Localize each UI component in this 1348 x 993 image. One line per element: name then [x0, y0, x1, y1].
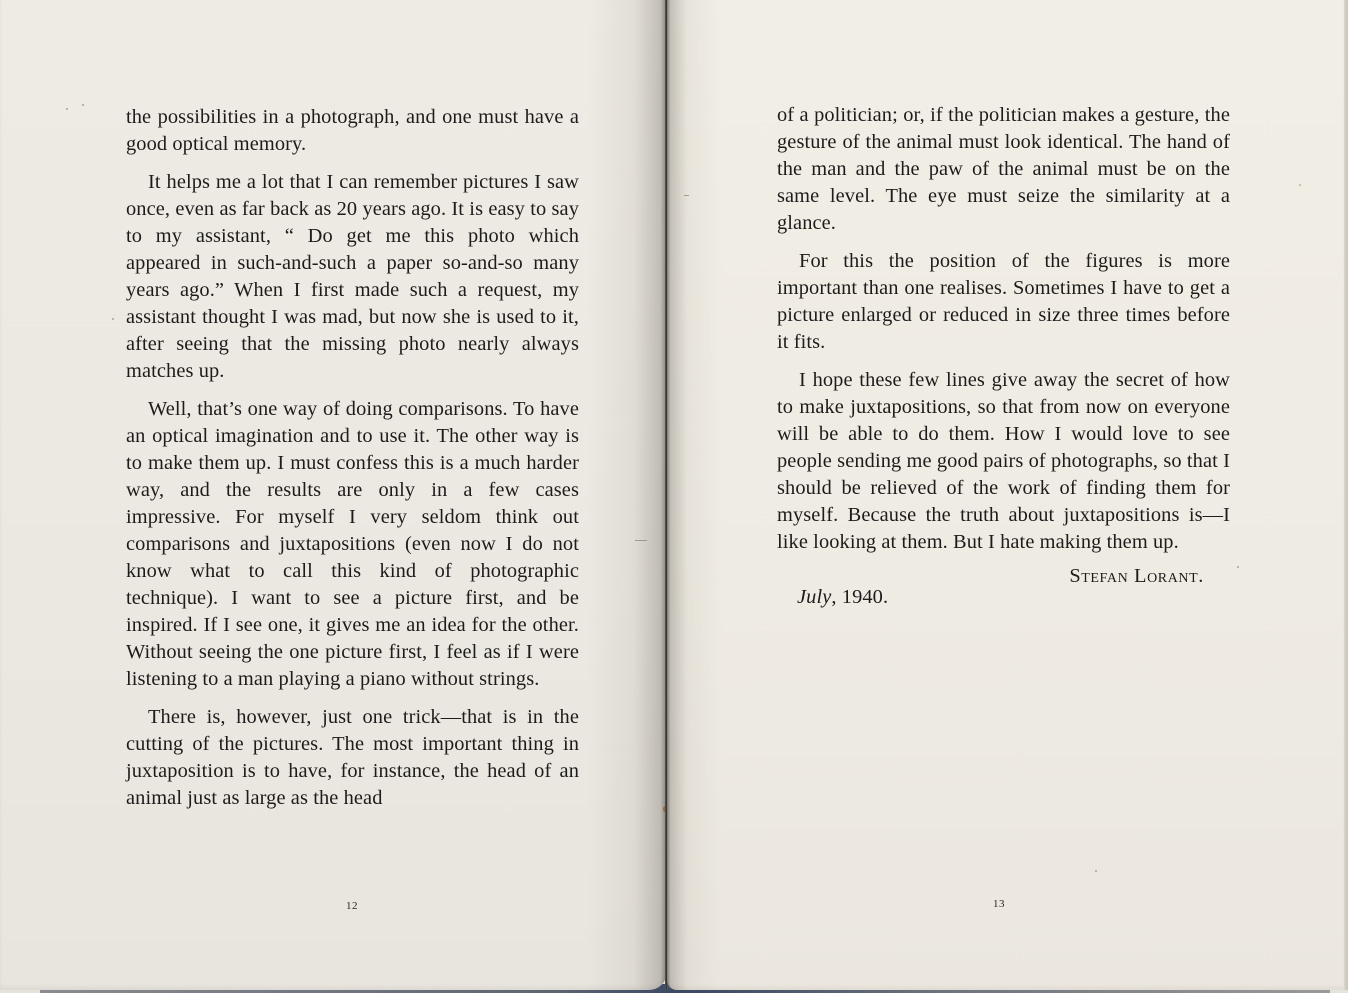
paragraph: Well, that’s one way of doing comparison…: [126, 396, 579, 693]
book-spread: the possibilities in a photograph, and o…: [0, 0, 1348, 993]
paragraph: of a politician; or, if the politician m…: [777, 102, 1230, 237]
paragraph: the possibilities in a photograph, and o…: [126, 104, 579, 158]
paragraph: For this the position of the figures is …: [777, 248, 1230, 356]
paper-speck: [112, 318, 114, 320]
left-page: the possibilities in a photograph, and o…: [0, 0, 667, 990]
paper-speck: [82, 104, 84, 106]
right-page: of a politician; or, if the politician m…: [667, 0, 1345, 990]
paper-speck: [66, 108, 68, 110]
page-number: 13: [993, 898, 1005, 910]
paper-speck: [635, 540, 647, 541]
left-page-text: the possibilities in a photograph, and o…: [126, 104, 579, 823]
paper-speck: [1237, 566, 1239, 568]
right-page-text: of a politician; or, if the politician m…: [777, 102, 1230, 611]
paper-speck: [1095, 870, 1097, 872]
paper-speck: [1299, 184, 1301, 186]
paragraph: It helps me a lot that I can remember pi…: [126, 169, 579, 385]
page-number: 12: [346, 900, 358, 912]
paper-speck: [684, 195, 689, 196]
date-month: July: [797, 586, 831, 608]
paragraph: I hope these few lines give away the sec…: [777, 367, 1230, 556]
date-year: , 1940.: [831, 586, 888, 608]
paragraph: There is, however, just one trick—that i…: [126, 704, 579, 812]
